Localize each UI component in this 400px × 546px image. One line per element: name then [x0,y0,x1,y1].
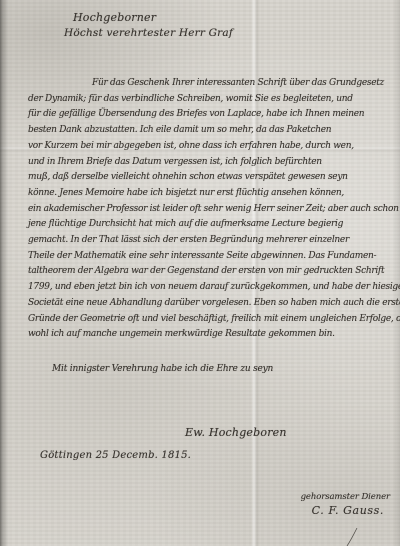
letter-scan-page: Hochgeborner Höchst verehrtester Herr Gr… [0,0,400,546]
body-line: Theile der Mathematik eine sehr interess… [28,249,394,265]
body-line: jene flüchtige Durchsicht hat mich auf d… [28,217,394,233]
body-line: vor Kurzem bei mir abgegeben ist, ohne d… [28,139,394,155]
body-line: wohl ich auf manche ungemein merkwürdige… [28,327,394,343]
signature-block: gehorsamster Diener C. F. Gauss. [301,492,390,517]
signature-line: C. F. Gauss. [301,504,390,517]
body-line: besten Dank abzustatten. Ich eile damit … [28,123,394,139]
letter-body: Für das Geschenk Ihrer interessanten Sch… [28,76,394,343]
addressee-line: Ew. Hochgeboren [185,426,287,439]
body-line: und in Ihrem Briefe das Datum vergessen … [28,155,394,171]
heading-herr-graf: Höchst verehrtester Herr Graf [64,27,233,39]
signoff-role-line: gehorsamster Diener [301,492,390,502]
closing-formula: Mit innigster Verehrung habe ich die Ehr… [52,364,273,374]
signature-flourish [344,528,362,546]
body-line: ein akademischer Professor ist leider of… [28,202,394,218]
body-line: gemacht. In der That lässt sich der erst… [28,233,394,249]
body-line: könne. Jenes Memoire habe ich bisjetzt n… [28,186,394,202]
body-line: Societät eine neue Abhandlung darüber vo… [28,296,394,312]
body-line: taltheorem der Algebra war der Gegenstan… [28,264,394,280]
body-line: für die gefällige Übersendung des Briefe… [28,107,394,123]
body-line: Gründe der Geometrie oft und viel beschä… [28,312,394,328]
heading-hochgeborner: Hochgeborner [73,11,156,24]
body-line: der Dynamik; für das verbindliche Schrei… [28,92,394,108]
place-date-line: Göttingen 25 Decemb. 1815. [40,450,191,461]
body-line: muß, daß derselbe vielleicht ohnehin sch… [28,170,394,186]
body-line: Für das Geschenk Ihrer interessanten Sch… [28,76,394,92]
body-line: 1799, und eben jetzt bin ich von neuem d… [28,280,394,296]
